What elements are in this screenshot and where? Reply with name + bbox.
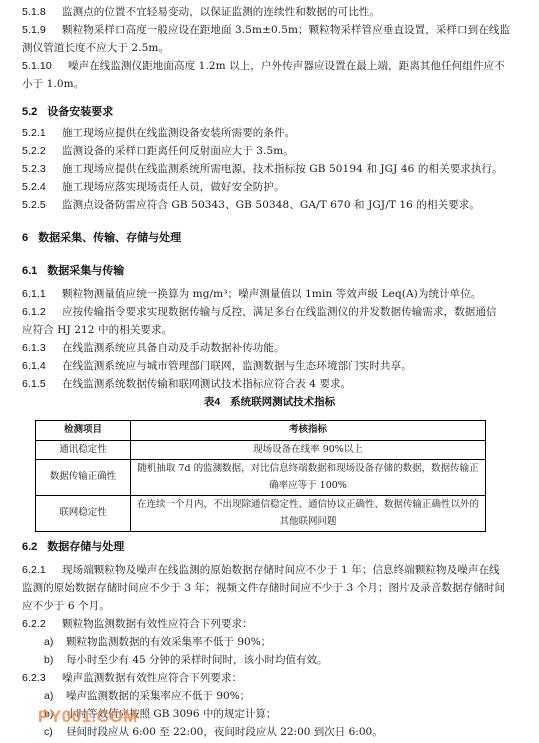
heading-number: 6 (22, 232, 28, 244)
clause-text: 现场端颗粒物及噪声在线监测的原始数据存储时间应不少于 1 年；信息终端颗粒物及噪… (62, 564, 500, 576)
clause-number: 5.2.3 (22, 160, 62, 178)
clause-number: 6.1.5 (22, 375, 62, 393)
table-cell-item: 联网稳定性 (36, 496, 131, 532)
list-text: 颗粒物监测数据的有效采集率不低于 90%； (66, 636, 271, 648)
clause-number: 5.2.1 (22, 124, 62, 142)
clause-number: 5.2.5 (22, 196, 62, 214)
heading-number: 6.2 (22, 541, 37, 553)
clause-6-2-2: 6.2.2颗粒物监测数据有效性应符合下列要求： (22, 615, 525, 633)
list-item: a)颗粒物监测数据的有效采集率不低于 90%； (44, 633, 271, 651)
clause-text: 在线监测系统应与城市管理部门联网，监测数据与生态环境部门实时共享。 (62, 360, 412, 372)
clause-text: 施工现场应提供在线监测系统所需电源，技术指标按 GB 50194 和 JGJ 4… (62, 163, 503, 175)
clause-text: 噪声监测数据有效性应符合下列要求： (62, 672, 242, 684)
clause-number: 5.1.8 (22, 3, 62, 21)
table-cell-item: 通讯稳定性 (36, 440, 131, 460)
table-header-row: 检测项目 考核指标 (36, 421, 486, 441)
table-cell-item: 数据传输正确性 (36, 460, 131, 496)
clause-5-2-3: 5.2.3施工现场应提供在线监测系统所需电源，技术指标按 GB 50194 和 … (22, 160, 525, 178)
heading-number: 5.2 (22, 106, 37, 118)
clause-text: 在线监测系统应具备自动及手动数据补传功能。 (62, 342, 285, 354)
clause-5-1-10: 5.1.10噪声在线监测仪距地面高度 1.2m 以上，户外传声器应设置在最上端，… (22, 57, 525, 75)
table-row: 通讯稳定性 现场设备在线率 90%以上 (36, 440, 486, 460)
table-cell-criteria: 随机抽取 7d 的监测数据，对比信息终端数据和现场设备存储的数据，数据传输正确率… (131, 460, 486, 496)
clause-6-2-1-cont1: 监测的原始数据存储时间应不少于 3 年；视频文件存储时间应不少于 3 个月；图片… (22, 579, 525, 597)
table-cell-criteria: 在连续一个月内，不出现除通信稳定性、通信协议正确性、数据传输正确性以外的其他联网… (131, 496, 486, 532)
clause-5-2-1: 5.2.1施工现场应提供在线监测设备安装所需要的条件。 (22, 124, 525, 142)
heading-title: 数据存储与处理 (47, 541, 124, 553)
clause-5-1-8: 5.1.8监测点的位置不宜轻易变动，以保证监测的连续性和数据的可比性。 (22, 3, 525, 21)
clause-number: 5.1.9 (22, 21, 62, 39)
clause-text: 噪声在线监测仪距地面高度 1.2m 以上，户外传声器应设置在最上端，距离其他任何… (68, 60, 505, 72)
clause-text: 颗粒物监测数据有效性应符合下列要求： (62, 618, 253, 630)
clause-5-1-9: 5.1.9颗粒物采样口高度一般应设在距地面 3.5m±0.5m；颗粒物采样管应垂… (22, 21, 525, 39)
heading-title: 数据采集、传输、存储与处理 (38, 232, 181, 244)
clause-text: 监测点的位置不宜轻易变动，以保证监测的连续性和数据的可比性。 (62, 6, 380, 18)
clause-number: 6.2.1 (22, 561, 62, 579)
clause-number: 6.1.2 (22, 303, 62, 321)
clause-number: 5.1.10 (22, 57, 68, 75)
clause-5-2-4: 5.2.4施工现场应落实现场责任人员，做好安全防护。 (22, 178, 525, 196)
heading-6: 6数据采集、传输、存储与处理 (22, 229, 181, 245)
heading-number: 6.1 (22, 265, 37, 277)
table-caption: 表4系统联网测试技术指标 (0, 394, 539, 409)
list-item: a)噪声监测数据的采集率应不低于 90%； (44, 687, 250, 705)
clause-number: 6.1.1 (22, 285, 62, 303)
heading-6-1: 6.1数据采集与传输 (22, 262, 124, 278)
table-row: 联网稳定性 在连续一个月内，不出现除通信稳定性、通信协议正确性、数据传输正确性以… (36, 496, 486, 532)
heading-5-2: 5.2设备安装要求 (22, 103, 113, 119)
clause-text: 监测设备的采样口距离任何反射面应大于 3.5m。 (62, 145, 294, 157)
clause-number: 6.1.3 (22, 339, 62, 357)
list-text: 噪声监测数据的采集率应不低于 90%； (66, 690, 250, 702)
clause-6-1-2: 6.1.2应按传输指令要求实现数据传输与反控，满足多台在线监测仪的并发数据传输需… (22, 303, 525, 321)
table-cell-criteria: 现场设备在线率 90%以上 (131, 440, 486, 460)
list-text: 昼间时段应从 6:00 至 22:00，夜间时段应从 22:00 到次日 6:0… (66, 726, 383, 738)
clause-text: 监测点设备防雷应符合 GB 50343、GB 50348、GA/T 670 和 … (62, 199, 480, 211)
clause-6-2-1: 6.2.1现场端颗粒物及噪声在线监测的原始数据存储时间应不少于 1 年；信息终端… (22, 561, 525, 579)
table-title: 系统联网测试技术指标 (230, 396, 335, 408)
clause-6-1-5: 6.1.5在线监测系统数据传输和联网测试技术指标应符合表 4 要求。 (22, 375, 525, 393)
list-label: a) (44, 687, 66, 705)
clause-6-2-1-cont2: 应不少于 6 个月。 (22, 597, 525, 615)
list-label: b) (44, 651, 66, 669)
list-text: 每小时至少有 45 分钟的采样时间时，该小时均值有效。 (66, 654, 328, 666)
clause-number: 5.2.4 (22, 178, 62, 196)
column-header: 检测项目 (36, 421, 131, 441)
clause-6-2-3: 6.2.3噪声监测数据有效性应符合下列要求： (22, 669, 525, 687)
heading-title: 设备安装要求 (47, 106, 113, 118)
clause-5-2-5: 5.2.5监测点设备防雷应符合 GB 50343、GB 50348、GA/T 6… (22, 196, 525, 214)
document-page: 5.1.8监测点的位置不宜轻易变动，以保证监测的连续性和数据的可比性。 5.1.… (0, 0, 539, 743)
watermark: PY001.COM (38, 707, 138, 727)
heading-title: 数据采集与传输 (47, 265, 124, 277)
clause-text: 在线监测系统数据传输和联网测试技术指标应符合表 4 要求。 (62, 378, 351, 390)
clause-text: 颗粒物采样口高度一般应设在距地面 3.5m±0.5m；颗粒物采样管应垂直设置，采… (62, 24, 510, 36)
list-label: a) (44, 633, 66, 651)
clause-text: 颗粒物测量值应统一换算为 mg/m³；噪声测量值以 1min 等效声级 Leq(… (62, 288, 481, 300)
clause-text: 施工现场应提供在线监测设备安装所需要的条件。 (62, 127, 295, 139)
clause-5-1-9-cont: 测仪管道长度不应大于 2.5m。 (22, 39, 525, 57)
clause-number: 6.2.3 (22, 669, 62, 687)
heading-6-2: 6.2数据存储与处理 (22, 538, 124, 554)
clause-5-2-2: 5.2.2监测设备的采样口距离任何反射面应大于 3.5m。 (22, 142, 525, 160)
clause-text: 施工现场应落实现场责任人员，做好安全防护。 (62, 181, 285, 193)
clause-6-1-2-cont: 应符合 HJ 212 中的相关要求。 (22, 321, 525, 339)
clause-6-1-4: 6.1.4在线监测系统应与城市管理部门联网，监测数据与生态环境部门实时共享。 (22, 357, 525, 375)
clause-6-1-1: 6.1.1颗粒物测量值应统一换算为 mg/m³；噪声测量值以 1min 等效声级… (22, 285, 525, 303)
clause-number: 6.2.2 (22, 615, 62, 633)
list-item: b)每小时至少有 45 分钟的采样时间时，该小时均值有效。 (44, 651, 328, 669)
table-row: 数据传输正确性 随机抽取 7d 的监测数据，对比信息终端数据和现场设备存储的数据… (36, 460, 486, 496)
spec-table: 检测项目 考核指标 通讯稳定性 现场设备在线率 90%以上 数据传输正确性 随机… (35, 420, 486, 532)
clause-number: 5.2.2 (22, 142, 62, 160)
table-number: 表4 (204, 396, 220, 408)
clause-text: 应按传输指令要求实现数据传输与反控，满足多台在线监测仪的并发数据传输需求，数据通… (62, 306, 497, 318)
column-header: 考核指标 (131, 421, 486, 441)
clause-number: 6.1.4 (22, 357, 62, 375)
clause-6-1-3: 6.1.3在线监测系统应具备自动及手动数据补传功能。 (22, 339, 525, 357)
clause-5-1-10-cont: 小于 1.0m。 (22, 75, 525, 93)
